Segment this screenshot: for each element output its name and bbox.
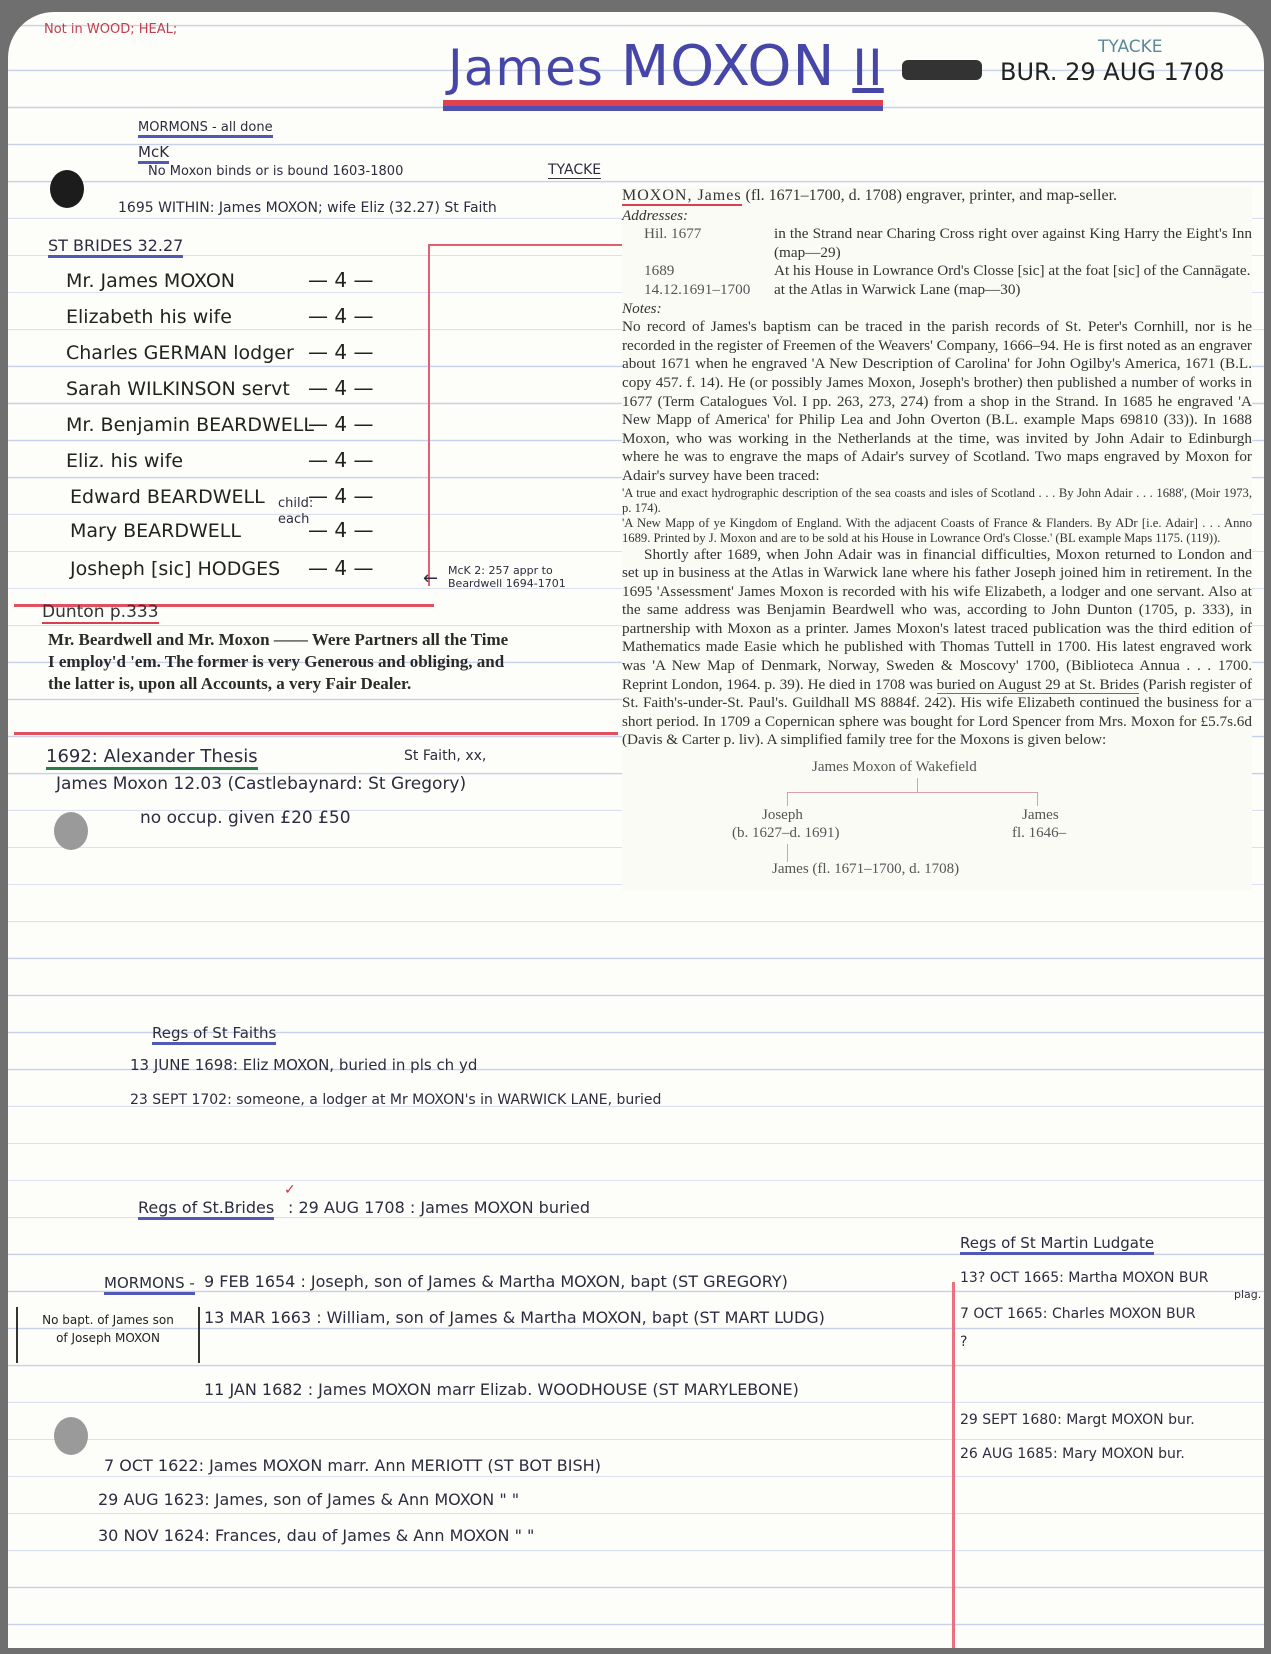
address-date: Hil. 1677 xyxy=(622,225,774,262)
binder-hole xyxy=(54,812,88,850)
census-row: Mr. Benjamin BEARDWELL xyxy=(66,414,314,436)
address-date: 1689 xyxy=(622,262,774,281)
divider-red xyxy=(14,732,618,735)
st-martin-entry: 13? OCT 1665: Martha MOXON BUR xyxy=(960,1270,1209,1286)
address-text: in the Strand near Charing Cross right o… xyxy=(774,225,1252,262)
binder-hole xyxy=(54,1417,88,1455)
census-heading: ST BRIDES 32.27 xyxy=(48,236,183,258)
paragraph-text: Shortly after 1689, when John Adair was … xyxy=(622,546,1252,693)
tree-joseph: Joseph xyxy=(762,806,803,825)
title-suffix: II xyxy=(852,39,884,97)
citation: 'A true and exact hydrographic descripti… xyxy=(622,486,1252,516)
check-icon: ✓ xyxy=(284,1182,296,1198)
citation: 'A New Mapp of ye Kingdom of England. Wi… xyxy=(622,516,1252,546)
page-title: James MOXON II xyxy=(448,34,884,99)
census-value: — 4 — xyxy=(308,556,373,580)
title-first-name: James xyxy=(448,39,604,97)
underlined-burial: buried on August 29 at St. Brides xyxy=(937,676,1140,694)
within-1695-note: 1695 WITHIN: James MOXON; wife Eliz (32.… xyxy=(118,200,497,216)
older-entry: 30 NOV 1624: Frances, dau of James & Ann… xyxy=(98,1526,534,1545)
bracket-note-line: of Joseph MOXON xyxy=(18,1329,198,1347)
tyacke-ref: TYACKE xyxy=(548,162,601,179)
census-row: Sarah WILKINSON servt xyxy=(66,378,290,400)
census-value: — 4 — xyxy=(308,340,373,364)
alexander-heading: 1692: Alexander Thesis xyxy=(46,746,258,770)
mormons-label: MORMONS - xyxy=(104,1274,195,1295)
census-value: — 4 — xyxy=(308,518,373,542)
printed-dictionary-entry: MOXON, James (fl. 1671–1700, d. 1708) en… xyxy=(622,187,1252,890)
notes-paragraph: Shortly after 1689, when John Adair was … xyxy=(622,546,1252,751)
notes-label: Notes: xyxy=(622,300,1252,319)
title-underline-blue xyxy=(443,106,883,111)
entry-dates: (fl. 1671–1700, d. 1708) engraver, print… xyxy=(746,187,1118,204)
census-value: — 4 — xyxy=(308,376,373,400)
tree-joseph-dates: (b. 1627–d. 1691) xyxy=(732,824,840,843)
side-note-line: McK 2: 257 appr to xyxy=(448,564,566,577)
census-value: — 4 — xyxy=(308,448,373,472)
mck-label: McK xyxy=(138,143,169,164)
mck-note: No Moxon binds or is bound 1603-1800 xyxy=(148,164,403,179)
alexander-line: James Moxon 12.03 (Castlebaynard: St Gre… xyxy=(56,774,466,794)
plag-note: plag. xyxy=(1234,1288,1261,1301)
census-row: Eliz. his wife xyxy=(66,450,183,472)
tree-james-brother: James xyxy=(1022,806,1059,825)
tree-root: James Moxon of Wakefield xyxy=(812,758,977,777)
mormons-entry: 13 MAR 1663 : William, son of James & Ma… xyxy=(204,1308,825,1327)
older-entry: 7 OCT 1622: James MOXON marr. Ann MERIOT… xyxy=(104,1456,601,1475)
burial-date: BUR. 29 AUG 1708 xyxy=(1000,58,1225,86)
tree-line xyxy=(787,792,1037,793)
query-mark: ? xyxy=(960,1334,967,1350)
census-row: Elizabeth his wife xyxy=(66,306,232,328)
bracket-note: No bapt. of James son of Joseph MOXON xyxy=(16,1307,200,1363)
alexander-occupation: no occup. given £20 £50 xyxy=(140,808,351,828)
address-text: at the Atlas in Warwick Lane (map—30) xyxy=(774,281,1252,300)
dunton-heading: Dunton p.333 xyxy=(42,602,159,624)
bracket-note-line: No bapt. of James son xyxy=(18,1311,198,1329)
arrow-icon: ← xyxy=(423,568,438,589)
tree-line xyxy=(917,778,918,792)
address-row: 14.12.1691–1700at the Atlas in Warwick L… xyxy=(622,281,1252,300)
address-list: Hil. 1677in the Strand near Charing Cros… xyxy=(622,225,1252,299)
redacted-mark xyxy=(902,60,982,80)
tree-line xyxy=(787,792,788,806)
tree-james: James (fl. 1671–1700, d. 1708) xyxy=(772,860,959,879)
notebook-page: Not in WOOD; HEAL; James MOXON II TYACKE… xyxy=(8,12,1264,1648)
census-value: — 4 — xyxy=(308,304,373,328)
top-note: Not in WOOD; HEAL; xyxy=(44,22,177,37)
census-row: Edward BEARDWELL xyxy=(70,486,265,508)
mormons-entry: 11 JAN 1682 : James MOXON marr Elizab. W… xyxy=(204,1380,799,1399)
dunton-quote: Mr. Beardwell and Mr. Moxon —— Were Part… xyxy=(48,629,518,695)
address-row: 1689At his House in Lowrance Ord's Closs… xyxy=(622,262,1252,281)
mormons-entry: 9 FEB 1654 : Joseph, son of James & Mart… xyxy=(204,1272,788,1291)
st-martin-heading: Regs of St Martin Ludgate xyxy=(960,1234,1154,1255)
mormons-note: MORMONS - all done xyxy=(138,120,273,138)
census-value: — 4 — xyxy=(308,484,373,508)
st-faiths-heading: Regs of St Faiths xyxy=(152,1024,276,1045)
census-row: Josheph [sic] HODGES xyxy=(70,558,280,580)
st-brides-heading: Regs of St.Brides xyxy=(138,1198,274,1220)
st-brides-entry: : 29 AUG 1708 : James MOXON buried xyxy=(288,1198,590,1217)
alexander-above-note: St Faith, xx, xyxy=(404,748,486,764)
divider-red-vertical xyxy=(952,1282,955,1648)
notes-paragraph: No record of James's baptism can be trac… xyxy=(622,318,1252,485)
st-faiths-entry: 13 JUNE 1698: Eliz MOXON, buried in pls … xyxy=(130,1056,477,1074)
tree-line xyxy=(1037,792,1038,806)
older-entry: 29 AUG 1623: James, son of James & Ann M… xyxy=(98,1490,519,1509)
address-row: Hil. 1677in the Strand near Charing Cros… xyxy=(622,225,1252,262)
st-faiths-entry: 23 SEPT 1702: someone, a lodger at Mr MO… xyxy=(130,1092,661,1108)
each-note: each xyxy=(278,512,309,527)
census-row: Mary BEARDWELL xyxy=(70,520,241,542)
st-martin-entry: 7 OCT 1665: Charles MOXON BUR xyxy=(960,1306,1196,1322)
census-bracket xyxy=(428,244,630,586)
tyacke-label: TYACKE xyxy=(1098,37,1163,57)
tree-james-brother-dates: fl. 1646– xyxy=(1012,824,1066,843)
mck-side-note: McK 2: 257 appr to Beardwell 1694-1701 xyxy=(448,564,566,590)
address-date: 14.12.1691–1700 xyxy=(622,281,774,300)
family-tree: James Moxon of Wakefield Joseph (b. 1627… xyxy=(622,750,1252,890)
st-martin-entry: 29 SEPT 1680: Margt MOXON bur. xyxy=(960,1412,1195,1428)
addresses-label: Addresses: xyxy=(622,207,1252,226)
census-row: Charles GERMAN lodger xyxy=(66,342,294,364)
children-note: child: xyxy=(278,496,313,511)
st-martin-entry: 26 AUG 1685: Mary MOXON bur. xyxy=(960,1446,1185,1462)
side-note-line: Beardwell 1694-1701 xyxy=(448,577,566,590)
census-value: — 4 — xyxy=(308,412,373,436)
census-row: Mr. James MOXON xyxy=(66,270,235,292)
entry-headword: MOXON, James xyxy=(622,187,742,206)
address-text: At his House in Lowrance Ord's Closse [s… xyxy=(774,262,1252,281)
title-surname: MOXON xyxy=(621,34,836,99)
binder-hole xyxy=(50,170,84,208)
census-value: — 4 — xyxy=(308,268,373,292)
